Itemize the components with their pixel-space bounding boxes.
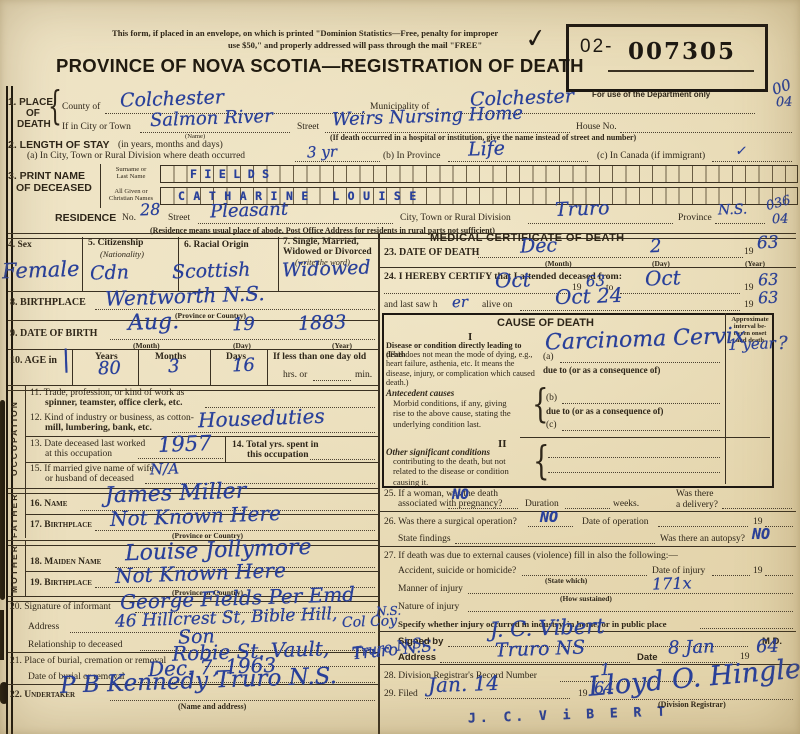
- mail-note-line1: This form, if placed in an envelope, on …: [112, 28, 498, 38]
- brace: {: [533, 440, 550, 485]
- s27-accident-sub: (State which): [545, 576, 587, 585]
- citizenship-sub: (Nationality): [100, 249, 144, 259]
- s3-label2: OF DECEASED: [16, 182, 92, 194]
- house-no-label: House No.: [576, 122, 617, 132]
- s27-nature-label: Nature of injury: [398, 602, 459, 612]
- s26-findings-label: State findings: [398, 534, 451, 544]
- pregnancy-value: NO: [452, 487, 469, 503]
- residence-street-label: Street: [168, 213, 190, 223]
- s20-address-label: Address: [28, 622, 59, 632]
- s27-accident-label: Accident, suicide or homicide?: [398, 566, 516, 576]
- last-seen-value: Oct 24: [555, 283, 623, 309]
- residence-street-value: Pleasant: [210, 199, 289, 223]
- s14-line2: this occupation: [247, 450, 309, 460]
- death-day: 2: [650, 236, 662, 257]
- s20-label: 20. Signature of informant: [10, 602, 111, 612]
- marital-value: Widowed: [282, 256, 371, 281]
- s24-last-label2: alive on: [482, 300, 512, 310]
- signed-date-value: 8 Jan: [668, 636, 715, 659]
- s11-line1: 11. Trade, profession, or kind of work a…: [30, 388, 184, 398]
- attended-to-month: Oct: [645, 265, 681, 290]
- operation-value: NO: [540, 508, 558, 526]
- s22-sub: (Name and address): [178, 702, 246, 711]
- brace: {: [48, 85, 62, 130]
- antecedent-bold: Antecedent causes: [386, 388, 454, 398]
- manner-value: 171x: [652, 573, 692, 593]
- mail-note-line2: use $50," and properly addressed will pa…: [228, 40, 482, 50]
- marital-label-2: Widowed or Divorced: [283, 247, 372, 257]
- s2b-label: (b) In Province: [383, 151, 441, 161]
- death-month: Dec: [520, 234, 558, 257]
- occupation-group-label: OCCUPATION: [9, 388, 19, 488]
- age-hrs-label: hrs. or: [283, 370, 307, 380]
- margin-code-bottom: 04: [776, 95, 793, 111]
- cause-due1: due to (or as a consequence of): [543, 365, 660, 375]
- s2c-check: ✓: [735, 144, 746, 159]
- s2a-value: 3 yr: [307, 142, 338, 161]
- last-seen-year: 63: [758, 288, 779, 308]
- division-registrar-signature: Lloyd O. Hingley: [587, 652, 800, 703]
- physician-address: Truro NS: [495, 636, 586, 661]
- s12-value: Houseduties: [198, 404, 325, 432]
- s24-pre3: 19: [744, 300, 754, 310]
- cause-b-tag: (b): [546, 393, 557, 403]
- filed-date-value: Jan. 14: [428, 671, 500, 697]
- dob-month: Aug.: [128, 309, 180, 336]
- s12-line2: mill, lumbering, bank, etc.: [45, 423, 152, 433]
- death-year: 63: [757, 233, 779, 254]
- county-label: County of: [62, 102, 100, 112]
- cause-c-tag: (c): [546, 420, 557, 430]
- s11-line2: spinner, teamster, office clerk, etc.: [45, 398, 183, 408]
- residence-province-value: N.S.: [718, 201, 748, 218]
- citizenship-label: 5. Citizenship: [88, 238, 143, 248]
- s26-date-label: Date of operation: [582, 517, 648, 527]
- pen-checkmark-icon: ✓: [523, 23, 549, 56]
- s2-sub: (in years, months and days): [118, 140, 223, 150]
- residence-label: RESIDENCE: [55, 212, 116, 224]
- s17-label: 17. Birthplace: [30, 520, 92, 530]
- racial-origin-label: 6. Racial Origin: [184, 240, 249, 250]
- s23-label: 23. DATE OF DEATH: [384, 247, 479, 258]
- s18-label: 18. Maiden Name: [30, 557, 101, 567]
- autopsy-value: NO: [752, 525, 770, 543]
- s27-label: 27. If death was due to external causes …: [384, 551, 678, 561]
- s20-relationship-label: Relationship to deceased: [28, 640, 122, 650]
- street-label: Street: [297, 122, 319, 132]
- s25-delivery1: Was there: [676, 489, 713, 499]
- s29-sub: (Division Registrar): [658, 700, 726, 709]
- s12-line1: 12. Kind of industry or business, as cot…: [30, 413, 194, 423]
- s24-pre2: 19: [744, 283, 754, 293]
- age-months-value: 3: [168, 356, 180, 377]
- scan-edge: [0, 682, 8, 704]
- s15-value: N/A: [150, 459, 180, 478]
- serial-prefix: 02-: [580, 36, 613, 58]
- mother-birthplace-value: Not Known Here: [115, 558, 287, 588]
- roman-two: II: [498, 438, 507, 450]
- s15-line1: 15. If married give name of wife: [30, 464, 154, 474]
- s2a-label: (a) In City, Town or Rural Division wher…: [27, 151, 245, 161]
- other-rest: contributing to the death, but not relat…: [393, 456, 509, 487]
- marital-label-1: 7. Single, Married,: [283, 237, 359, 247]
- dob-day: 19: [232, 314, 256, 336]
- serial-number: 007305: [628, 38, 736, 65]
- s26-autopsy-label: Was there an autopsy?: [660, 534, 745, 544]
- s2c-label: (c) In Canada (if immigrant): [597, 151, 705, 161]
- antecedent-rest: Morbid conditions, if any, giving rise t…: [393, 398, 511, 429]
- age-less-header: If less than one day old: [273, 352, 366, 362]
- surname-value: FIELDS: [190, 167, 277, 181]
- signed-year: 64: [756, 636, 780, 658]
- disease-label-rest: (This does not mean the mode of dying, e…: [386, 350, 538, 388]
- s19-label: 19. Birthplace: [30, 578, 92, 588]
- s2-label: 2. LENGTH OF STAY: [8, 139, 110, 151]
- s27-pre: 19: [753, 566, 763, 576]
- s29-label: 29. Filed: [384, 689, 418, 699]
- racial-origin-value: Scottish: [172, 259, 251, 284]
- street-value: Weirs Nursing Home: [332, 103, 524, 131]
- s23-pre: 19: [744, 247, 754, 257]
- s25-weeks: weeks.: [613, 499, 639, 509]
- date-label: Date: [637, 652, 658, 663]
- s13-line1: 13. Date deceased last worked: [30, 439, 145, 449]
- s16-label: 16. Name: [30, 499, 67, 509]
- age-pen-stroke: ​|: [62, 345, 71, 373]
- undertaker-value: P B Kennedy Truro N.S.: [60, 663, 338, 699]
- s2b-value: Life: [468, 137, 506, 160]
- s26-label: 26. Was there a surgical operation?: [384, 517, 517, 527]
- cause-title: CAUSE OF DEATH: [497, 317, 594, 329]
- cause-due2: due to (or as a consequence of): [546, 406, 663, 416]
- scan-edge: [0, 610, 4, 660]
- age-min-label: min.: [355, 370, 372, 380]
- residence-city-label: City, Town or Rural Division: [400, 213, 511, 223]
- birthplace-value: Wentworth N.S.: [105, 281, 265, 311]
- residence-province-label: Province: [678, 213, 712, 223]
- vibert-block-print: J. C. V i B E R T: [468, 704, 669, 726]
- s21-place-label: 21. Place of burial, cremation or remova…: [10, 656, 166, 666]
- s13-value: 1957: [158, 431, 212, 457]
- s25-line1: 25. If a woman, was the death: [384, 489, 498, 499]
- name-sub: (Name): [185, 133, 205, 140]
- age-label: 10. AGE in: [10, 355, 57, 366]
- surname-label: Surname or Last Name: [107, 166, 155, 180]
- serial-underline: [608, 70, 754, 72]
- dob-year: 1883: [298, 311, 347, 335]
- s1-label-death: DEATH: [17, 119, 51, 130]
- age-days-value: 16: [232, 355, 256, 377]
- residence-code-bottom: 04: [772, 212, 789, 228]
- father-birthplace-value: Not Known Here: [110, 501, 282, 531]
- age-years-value: 80: [98, 358, 122, 380]
- father-group-label: FATHER: [9, 492, 19, 538]
- signed-address-label: Address: [398, 652, 436, 663]
- city-town-label: If in City or Town: [62, 122, 131, 132]
- margin-query-mark: ?: [778, 333, 788, 354]
- scan-edge: [6, 86, 8, 734]
- attended-from-month: Oct: [495, 267, 531, 292]
- s1-number-label: 1. PLACE: [8, 97, 53, 108]
- sex-label: 4. Sex: [8, 240, 32, 250]
- birthplace-label: 8. BIRTHPLACE: [10, 297, 86, 308]
- s14-line1: 14. Total yrs. spent in: [232, 440, 319, 450]
- scan-edge: [0, 400, 5, 600]
- s24-fill: er: [452, 293, 469, 312]
- s29-pre: 19: [578, 689, 588, 699]
- s3-label: 3. PRINT NAME: [8, 170, 85, 182]
- attended-to-year: 63: [758, 270, 779, 290]
- s25-delivery2: a delivery?: [676, 500, 718, 510]
- s27-manner-sub: (How sustained): [560, 594, 612, 603]
- residence-no-label: No.: [122, 213, 136, 223]
- city-town-value: Salmon River: [150, 106, 273, 131]
- dept-only-note: For use of the Department only: [592, 90, 710, 99]
- dob-label: 9. DATE OF BIRTH: [10, 328, 97, 339]
- residence-no-value: 28: [140, 200, 161, 220]
- s13-line2: at this occupation: [45, 449, 112, 459]
- cause-a-interval: 1 year: [728, 334, 776, 354]
- s24-last-label1: and last saw h: [384, 300, 438, 310]
- s27-manner-label: Manner of injury: [398, 584, 463, 594]
- sex-value: Female: [2, 257, 80, 284]
- residence-city-value: Truro: [555, 197, 610, 221]
- s1-label-of: OF: [26, 108, 40, 119]
- death-registration-form: This form, if placed in an envelope, on …: [0, 0, 800, 734]
- form-title: PROVINCE OF NOVA SCOTIA—REGISTRATION OF …: [56, 55, 584, 77]
- mother-group-label: MOTHER: [9, 545, 19, 593]
- citizenship-value: Cdn: [90, 261, 130, 284]
